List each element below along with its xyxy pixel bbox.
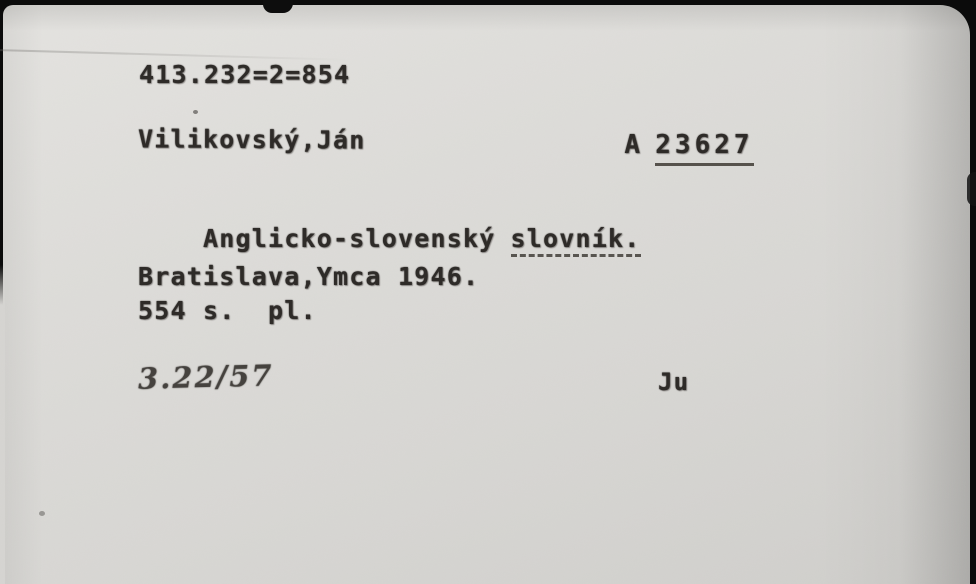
ink-speck (193, 110, 198, 114)
paper-speck (39, 511, 45, 516)
classification-number: 413.232=2=854 (139, 61, 350, 89)
catalog-card-paper (3, 5, 970, 584)
accession-number-line: A23627 (557, 102, 754, 195)
title-main: Anglicko-slovenský (203, 224, 496, 253)
imprint-line: Bratislava,Ymca 1946. (138, 263, 479, 291)
accession-prefix: A (624, 130, 641, 160)
cataloguer-initials: Ju (658, 369, 689, 395)
scan-edge-notch-top (263, 0, 293, 13)
paper-left-edge (0, 265, 5, 584)
author-heading: Vilikovský,Ján (138, 125, 366, 154)
scanned-card-image: 413.232=2=854 A23627 Vilikovský,Ján Angl… (0, 0, 976, 584)
title-underlined-word: slovník. (511, 225, 641, 258)
accession-number: 23627 (655, 131, 753, 167)
scan-edge-notch-right (967, 172, 976, 206)
pencil-shelf-mark: 3.22/57 (138, 358, 274, 396)
collation-line: 554 s. pl. (138, 297, 317, 325)
